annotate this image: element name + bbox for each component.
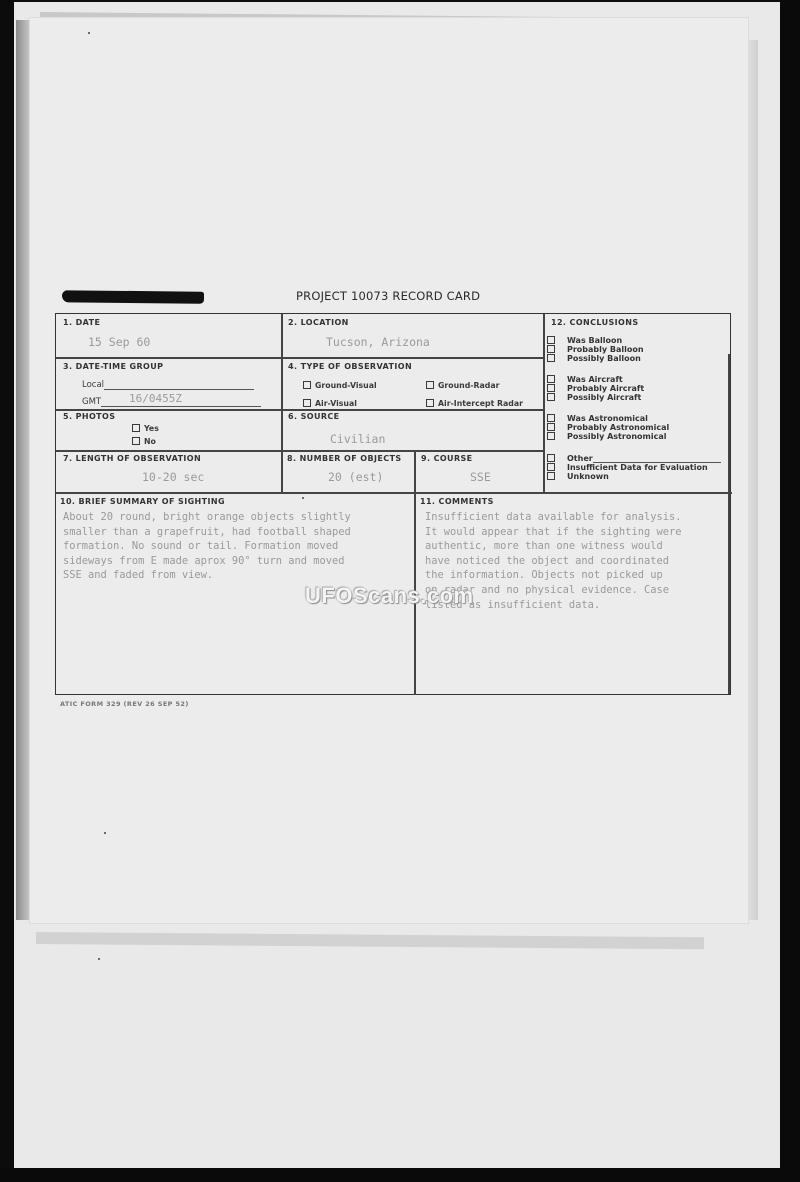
- divider: [281, 314, 283, 492]
- document-title: PROJECT 10073 RECORD CARD: [296, 289, 480, 303]
- record-card-form: 1. DATE 15 Sep 60 2. LOCATION Tucson, Ar…: [55, 313, 731, 695]
- gmt-underline: [101, 406, 261, 407]
- form-number: ATIC FORM 329 (REV 26 SEP 52): [60, 700, 189, 708]
- summary-label: 10. BRIEF SUMMARY OF SIGHTING: [60, 497, 225, 506]
- checked-box-icon: [132, 437, 140, 445]
- checkbox-icon: [132, 424, 140, 432]
- page-shadow-left: [16, 20, 30, 920]
- photos-label: 5. PHOTOS: [63, 412, 115, 421]
- conclusions-label: 12. CONCLUSIONS: [551, 318, 639, 327]
- divider: [56, 450, 543, 452]
- scan-speck: [302, 497, 304, 499]
- comments-label: 11. COMMENTS: [420, 497, 494, 506]
- gmt-value: 16/0455Z: [129, 392, 182, 405]
- checkbox-photos-no[interactable]: No: [132, 437, 156, 446]
- location-value: Tucson, Arizona: [326, 335, 430, 349]
- checkbox-was-aircraft[interactable]: Was Aircraft: [547, 375, 644, 384]
- conclusions-group-astronomical: Was Astronomical Probably Astronomical P…: [547, 414, 669, 441]
- checkbox-was-balloon[interactable]: Was Balloon: [547, 336, 644, 345]
- checkbox-air-intercept-radar[interactable]: Air-Intercept Radar: [426, 399, 523, 408]
- date-value: 15 Sep 60: [88, 335, 150, 349]
- checkbox-possibly-balloon[interactable]: Possibly Balloon: [547, 354, 644, 363]
- course-value: SSE: [470, 470, 491, 484]
- checkbox-possibly-astronomical[interactable]: Possibly Astronomical: [547, 432, 669, 441]
- number-of-objects-value: 20 (est): [328, 470, 383, 484]
- checkbox-icon: [547, 432, 555, 440]
- checkbox-insufficient-data[interactable]: Insufficient Data for Evaluation: [547, 463, 721, 472]
- page-shadow-right: [748, 40, 758, 920]
- source-value: Civilian: [330, 432, 385, 446]
- checked-box-icon: [547, 463, 555, 471]
- summary-text: About 20 round, bright orange objects sl…: [63, 510, 351, 583]
- date-time-group-label: 3. DATE-TIME GROUP: [63, 362, 163, 371]
- divider: [56, 492, 732, 494]
- local-label: Local: [82, 380, 104, 390]
- conclusions-group-balloon: Was Balloon Probably Balloon Possibly Ba…: [547, 336, 644, 363]
- conclusions-group-other: Other Insufficient Data for Evaluation U…: [547, 454, 721, 481]
- scan-speck: [104, 832, 106, 834]
- date-label: 1. DATE: [63, 318, 100, 327]
- checkbox-icon: [547, 414, 555, 422]
- local-underline: [104, 389, 254, 390]
- length-of-observation-label: 7. LENGTH OF OBSERVATION: [63, 454, 201, 463]
- divider: [56, 357, 543, 359]
- checkbox-icon: [547, 393, 555, 401]
- checkbox-icon: [303, 399, 311, 407]
- scan-edge-right: [780, 0, 800, 1182]
- divider: [728, 354, 730, 694]
- checked-box-icon: [303, 381, 311, 389]
- checkbox-icon: [547, 375, 555, 383]
- checkbox-possibly-aircraft[interactable]: Possibly Aircraft: [547, 393, 644, 402]
- checkbox-icon: [547, 384, 555, 392]
- scan-speck: [98, 958, 100, 960]
- checkbox-icon: [426, 399, 434, 407]
- watermark: UFOScans.com: [305, 583, 474, 609]
- scan-edge-bottom: [0, 1168, 800, 1182]
- checkbox-probably-balloon[interactable]: Probably Balloon: [547, 345, 644, 354]
- source-label: 6. SOURCE: [288, 412, 340, 421]
- checkbox-icon: [547, 454, 555, 462]
- type-of-observation-label: 4. TYPE OF OBSERVATION: [288, 362, 412, 371]
- number-of-objects-label: 8. NUMBER OF OBJECTS: [287, 454, 402, 463]
- divider: [414, 450, 416, 695]
- location-label: 2. LOCATION: [288, 318, 349, 327]
- divider: [56, 409, 543, 411]
- checkbox-air-visual[interactable]: Air-Visual: [303, 399, 357, 408]
- checkbox-ground-radar[interactable]: Ground-Radar: [426, 381, 499, 390]
- checkbox-unknown[interactable]: Unknown: [547, 472, 721, 481]
- gmt-label: GMT: [82, 397, 101, 407]
- checkbox-probably-astronomical[interactable]: Probably Astronomical: [547, 423, 669, 432]
- checkbox-icon: [547, 336, 555, 344]
- checkbox-icon: [547, 423, 555, 431]
- checkbox-icon: [547, 354, 555, 362]
- checkbox-icon: [547, 472, 555, 480]
- divider: [543, 314, 545, 492]
- course-label: 9. COURSE: [421, 454, 473, 463]
- checkbox-ground-visual[interactable]: Ground-Visual: [303, 381, 377, 390]
- checkbox-other[interactable]: Other: [547, 454, 721, 463]
- conclusions-group-aircraft: Was Aircraft Probably Aircraft Possibly …: [547, 375, 644, 402]
- redaction-mark: [62, 290, 204, 303]
- checkbox-icon: [547, 345, 555, 353]
- local-time-field[interactable]: Local: [82, 380, 254, 390]
- checkbox-was-astronomical[interactable]: Was Astronomical: [547, 414, 669, 423]
- length-of-observation-value: 10-20 sec: [142, 470, 204, 484]
- checkbox-photos-yes[interactable]: Yes: [132, 424, 159, 433]
- checkbox-probably-aircraft[interactable]: Probably Aircraft: [547, 384, 644, 393]
- scan-speck: [88, 32, 90, 34]
- checkbox-icon: [426, 381, 434, 389]
